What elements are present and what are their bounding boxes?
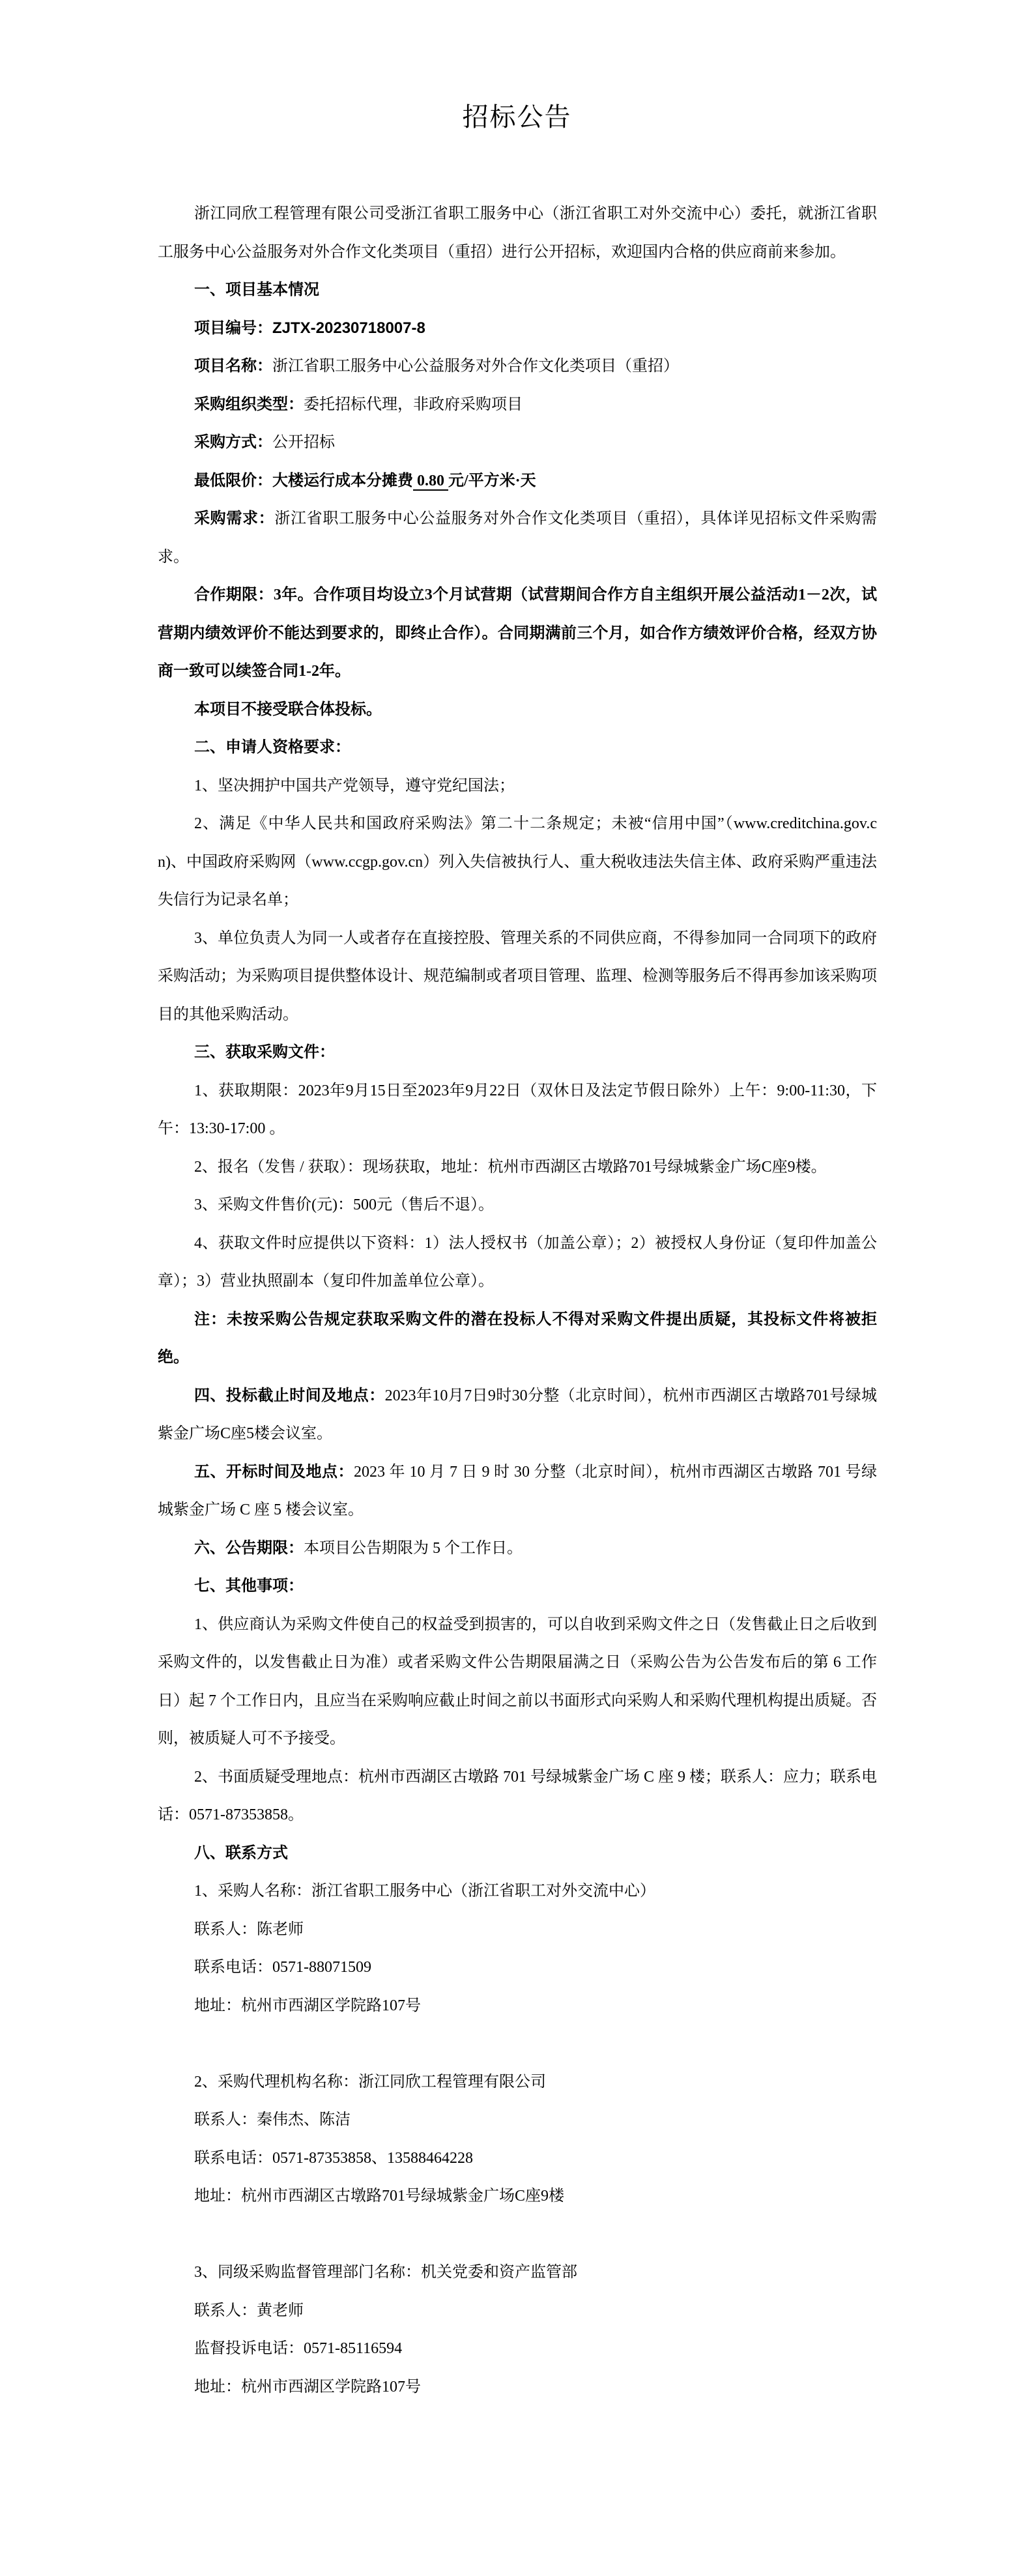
project-name-value: 浙江省职工服务中心公益服务对外合作文化类项目（重招） [272,358,679,375]
org-type-label: 采购组织类型： [194,396,304,413]
demand-label: 采购需求： [194,510,274,527]
qualification-item: 1、坚决拥护中国共产党领导，遵守党纪国法； [158,767,877,805]
agency-phone: 联系电话：0571-87353858、13588464228 [158,2139,877,2178]
project-number-label: 项目编号： [194,320,272,337]
agency-address: 地址：杭州市西湖区古墩路701号绿城紫金广场C座9楼 [158,2177,877,2216]
purchaser-contact: 联系人：陈老师 [158,1911,877,1949]
project-name-label: 项目名称： [194,358,272,375]
purchaser-phone: 联系电话：0571-88071509 [158,1948,877,1987]
purchaser-address: 地址：杭州市西湖区学院路107号 [158,1987,877,2025]
section-7-heading: 七、其他事项： [158,1567,877,1606]
demand-row: 采购需求：浙江省职工服务中心公益服务对外合作文化类项目（重招），具体详见招标文件… [158,500,877,576]
announcement-body: 浙江同欣工程管理有限公司受浙江省职工服务中心（浙江省职工对外交流中心）委托，就浙… [158,195,877,2406]
min-price-label: 最低限价： [194,472,272,489]
intro-paragraph: 浙江同欣工程管理有限公司受浙江省职工服务中心（浙江省职工对外交流中心）委托，就浙… [158,195,877,271]
bid-opening-label: 五、开标时间及地点： [194,1464,354,1481]
other-item: 1、供应商认为采购文件使自己的权益受到损害的，可以自收到采购文件之日（发售截止日… [158,1606,877,1758]
supervisor-contact-block: 3、同级采购监督管理部门名称：机关党委和资产监管部 联系人：黄老师 监督投诉电话… [158,2253,877,2406]
notice-period-label: 六、公告期限： [194,1540,304,1557]
document-item: 2、报名（发售 / 获取）：现场获取，地址：杭州市西湖区古墩路701号绿城紫金广… [158,1148,877,1187]
supervisor-name: 3、同级采购监督管理部门名称：机关党委和资产监管部 [158,2253,877,2292]
term-label: 合作期限： [194,586,274,603]
supervisor-contact: 联系人：黄老师 [158,2292,877,2330]
document-note: 注：未按采购公告规定获取采购文件的潜在投标人不得对采购文件提出质疑，其投标文件将… [158,1301,877,1377]
no-consortium-note: 本项目不接受联合体投标。 [158,691,877,729]
spacer [158,2025,877,2063]
min-price-row: 最低限价：大楼运行成本分摊费 0.80 元/平方米·天 [158,462,877,500]
project-number-row: 项目编号：ZJTX-20230718007-8 [158,310,877,348]
document-item: 1、获取期限：2023年9月15日至2023年9月22日（双休日及法定节假日除外… [158,1072,877,1148]
section-1-heading: 一、项目基本情况 [158,271,877,310]
purchaser-name: 1、采购人名称：浙江省职工服务中心（浙江省职工对外交流中心） [158,1872,877,1911]
bid-deadline-label: 四、投标截止时间及地点： [194,1387,385,1404]
section-5-row: 五、开标时间及地点：2023 年 10 月 7 日 9 时 30 分整（北京时间… [158,1453,877,1529]
document-item: 3、采购文件售价(元)：500元（售后不退）。 [158,1186,877,1224]
agency-name: 2、采购代理机构名称：浙江同欣工程管理有限公司 [158,2063,877,2102]
min-price-prefix: 大楼运行成本分摊费 [272,472,413,489]
agency-contact: 联系人：秦伟杰、陈洁 [158,2101,877,2139]
qualification-item: 3、单位负责人为同一人或者存在直接控股、管理关系的不同供应商，不得参加同一合同项… [158,919,877,1034]
section-2-heading: 二、申请人资格要求： [158,729,877,767]
section-4-row: 四、投标截止时间及地点：2023年10月7日9时30分整（北京时间），杭州市西湖… [158,1377,877,1453]
supervisor-address: 地址：杭州市西湖区学院路107号 [158,2368,877,2407]
section-3-heading: 三、获取采购文件： [158,1034,877,1072]
section-8-heading: 八、联系方式 [158,1834,877,1873]
supervisor-phone: 监督投诉电话：0571-85116594 [158,2330,877,2368]
method-row: 采购方式：公开招标 [158,424,877,462]
project-name-row: 项目名称：浙江省职工服务中心公益服务对外合作文化类项目（重招） [158,347,877,386]
term-row: 合作期限：3年。合作项目均设立3个月试营期（试营期间合作方自主组织开展公益活动1… [158,576,877,691]
spacer [158,2216,877,2254]
agency-contact-block: 2、采购代理机构名称：浙江同欣工程管理有限公司 联系人：秦伟杰、陈洁 联系电话：… [158,2063,877,2216]
other-item: 2、书面质疑受理地点：杭州市西湖区古墩路 701 号绿城紫金广场 C 座 9 楼… [158,1758,877,1834]
min-price-value: 0.80 [413,472,448,489]
document-item: 4、获取文件时应提供以下资料：1）法人授权书（加盖公章）；2）被授权人身份证（复… [158,1224,877,1301]
page-title: 招标公告 [0,101,1034,134]
notice-period-value: 本项目公告期限为 5 个工作日。 [304,1540,523,1557]
min-price-suffix: 元/平方米·天 [448,472,536,489]
method-value: 公开招标 [272,434,335,451]
project-number-value: ZJTX-20230718007-8 [272,319,425,337]
org-type-value: 委托招标代理，非政府采购项目 [304,396,523,413]
method-label: 采购方式： [194,434,272,451]
purchaser-contact-block: 1、采购人名称：浙江省职工服务中心（浙江省职工对外交流中心） 联系人：陈老师 联… [158,1872,877,2025]
org-type-row: 采购组织类型：委托招标代理，非政府采购项目 [158,386,877,424]
section-6-row: 六、公告期限：本项目公告期限为 5 个工作日。 [158,1529,877,1568]
qualification-item: 2、满足《中华人民共和国政府采购法》第二十二条规定；未被“信用中国”（www.c… [158,805,877,919]
